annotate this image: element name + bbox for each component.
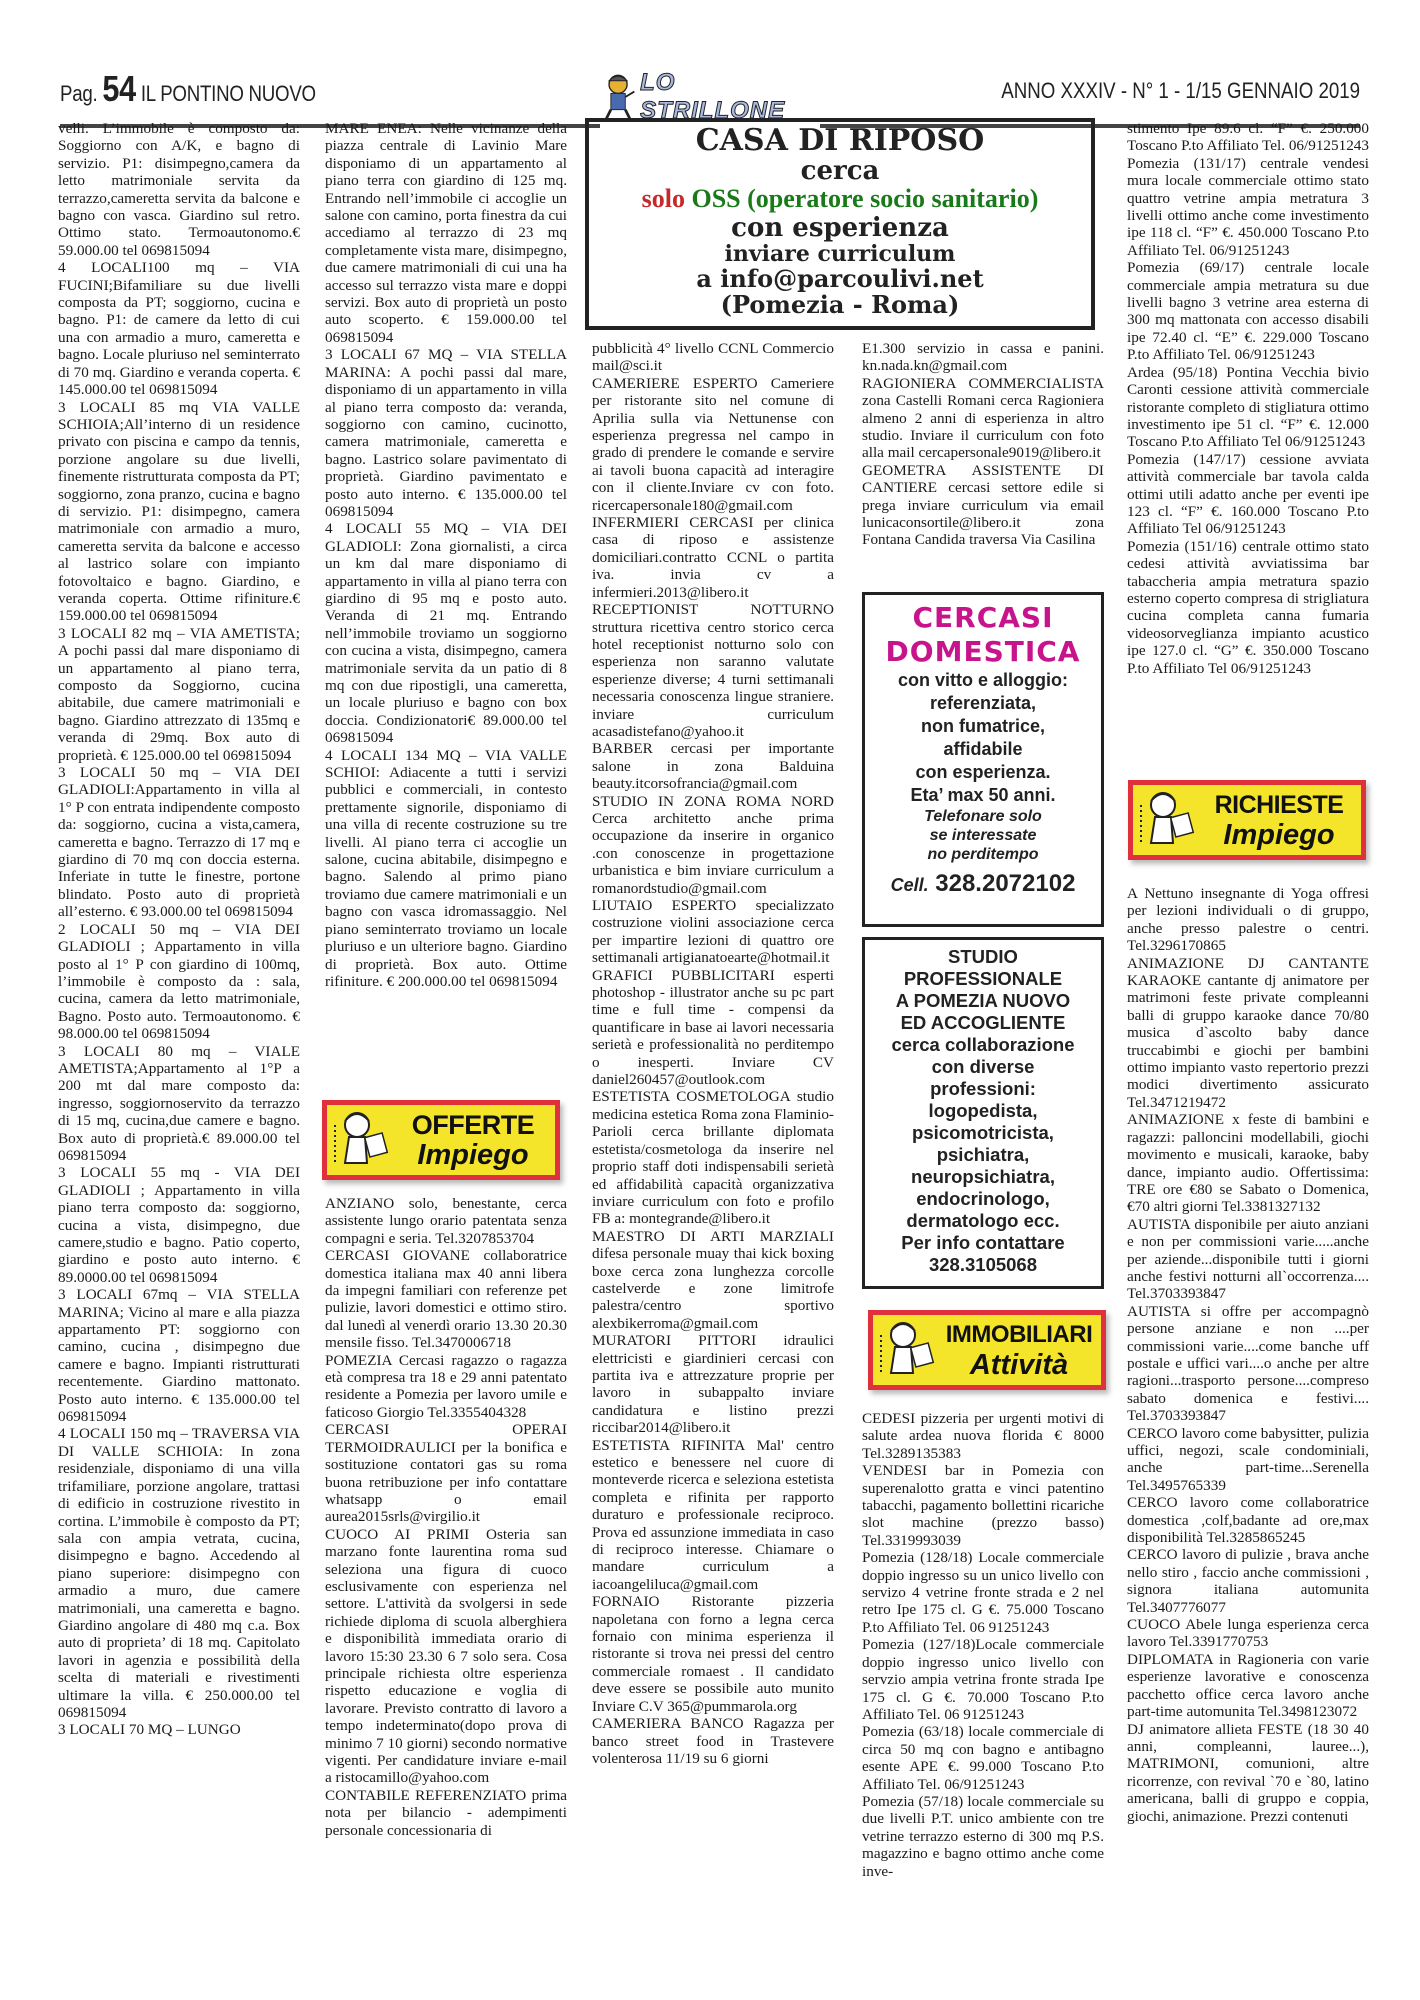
issue-info: ANNO XXXIV - N° 1 - 1/15 GENNAIO 2019 <box>1001 78 1360 104</box>
listing: CUOCO AI PRIMI Osteria san marzano fonte… <box>325 1526 567 1787</box>
listing: pubblicità 4° livello CCNL Commercio mai… <box>592 340 834 375</box>
listing: CONTABILE REFERENZIATO prima nota per bi… <box>325 1787 567 1839</box>
ad-note: Telefonare solo <box>865 807 1101 826</box>
column-4-business: CEDESI pizzeria per urgenti motivi di sa… <box>862 1410 1104 1880</box>
banner-title: IMMOBILIARI <box>937 1320 1101 1350</box>
newsboy-icon <box>1133 785 1197 855</box>
ad-green-text: OSS (operatore socio sanitario) <box>691 184 1038 213</box>
page-header: Pag. 54 IL PONTINO NUOVO LO STRILLONE AN… <box>60 60 1360 120</box>
column-2-job-offers: ANZIANO solo, benestante, cerca assisten… <box>325 1195 567 1839</box>
banner-title: RICHIESTE <box>1197 790 1361 820</box>
column-4-job-offers: E1.300 servizio in cassa e panini. kn.na… <box>862 340 1104 549</box>
listing: CERCO lavoro come babysitter, pulizia uf… <box>1127 1425 1369 1495</box>
listing: CERCO lavoro di pulizie , brava anche ne… <box>1127 1546 1369 1616</box>
ad-red-text: solo <box>642 184 685 213</box>
banner-subtitle: Attività <box>937 1350 1101 1380</box>
listing: CEDESI pizzeria per urgenti motivi di sa… <box>862 1410 1104 1462</box>
listing: CERCASI GIOVANE collaboratrice domestica… <box>325 1247 567 1351</box>
cercasi-domestica-ad: CERCASI DOMESTICA con vitto e alloggio: … <box>862 592 1104 927</box>
ad-location: (Pomezia - Roma) <box>589 292 1091 318</box>
listing: 3 LOCALI 85 mq VIA VALLE SCHIOIA;All’int… <box>58 399 300 625</box>
immobiliari-attivita-banner: IMMOBILIARI Attività <box>868 1310 1106 1390</box>
ad-line: solo OSS (operatore socio sanitario) <box>589 184 1091 214</box>
column-5-business: stimento Ipe 89.6 cl. “F” €. 250.000 Tos… <box>1127 120 1369 677</box>
ad-line: logopedista, <box>865 1100 1101 1122</box>
ad-line: ED ACCOGLIENTE <box>865 1012 1101 1034</box>
listing: GEOMETRA ASSISTENTE DI CANTIERE cercasi … <box>862 462 1104 549</box>
newsboy-icon <box>600 69 636 125</box>
listing: MARE ENEA: Nelle vicinanze della piazza … <box>325 120 567 346</box>
listing: CERCO lavoro come collaboratrice domesti… <box>1127 1494 1369 1546</box>
publication-name: IL PONTINO NUOVO <box>141 81 316 106</box>
ad-line: endocrinologo, <box>865 1188 1101 1210</box>
ad-line: psichiatra, <box>865 1144 1101 1166</box>
listing: stimento Ipe 89.6 cl. “F” €. 250.000 Tos… <box>1127 120 1369 155</box>
newsboy-icon <box>327 1105 391 1175</box>
listing: BARBER cercasi per importante salone in … <box>592 740 834 792</box>
listing: ANZIANO solo, benestante, cerca assisten… <box>325 1195 567 1247</box>
page-label: Pag. 54 IL PONTINO NUOVO <box>60 68 316 110</box>
listing: 4 LOCALI 150 mq – TRAVERSA VIA DI VALLE … <box>58 1425 300 1721</box>
listing: Pomezia (151/16) centrale ottimo stato c… <box>1127 538 1369 677</box>
column-2-real-estate: MARE ENEA: Nelle vicinanze della piazza … <box>325 120 567 990</box>
ad-line: A POMEZIA NUOVO <box>865 990 1101 1012</box>
listing: 3 LOCALI 82 mq – VIA AMETISTA; A pochi p… <box>58 625 300 764</box>
listing: Pomezia (63/18) locale commerciale di ci… <box>862 1723 1104 1793</box>
newsboy-icon <box>873 1315 937 1385</box>
page-number: 54 <box>102 68 136 109</box>
listing: LIUTAIO ESPERTO specializzato costruzion… <box>592 897 834 967</box>
listing: ANIMAZIONE DJ CANTANTE KARAOKE cantante … <box>1127 955 1369 1112</box>
banner-subtitle: Impiego <box>1197 820 1361 850</box>
ad-line: Eta’ max 50 anni. <box>865 784 1101 807</box>
listing: Pomezia (147/17) cessione avviata attivi… <box>1127 451 1369 538</box>
listing: 4 LOCALI 134 MQ – VIA VALLE SCHIOI: Adia… <box>325 747 567 991</box>
cell-label: Cell. <box>891 875 929 895</box>
column-5-job-requests: A Nettuno insegnante di Yoga offresi per… <box>1127 885 1369 1825</box>
logo-text: LO STRILLONE <box>640 69 810 125</box>
listing: MURATORI PITTORI idraulici elettricisti … <box>592 1332 834 1436</box>
ad-line: referenziata, <box>865 692 1101 715</box>
listing: 2 LOCALI 50 mq – VIA DEI GLADIOLI ; Appa… <box>58 921 300 1043</box>
ad-title: CERCASI <box>865 601 1101 635</box>
listing: ESTETISTA COSMETOLOGA studio medicina es… <box>592 1088 834 1227</box>
listing: INFERMIERI CERCASI per clinica casa di r… <box>592 514 834 601</box>
listing: 3 LOCALI 70 MQ – LUNGO <box>58 1721 300 1738</box>
studio-professionale-ad: STUDIO PROFESSIONALE A POMEZIA NUOVO ED … <box>862 937 1104 1289</box>
listing: Pomezia (127/18)Locale commerciale doppi… <box>862 1636 1104 1723</box>
listing: 4 LOCALI 55 MQ – VIA DEI GLADIOLI: Zona … <box>325 520 567 746</box>
ad-phone[interactable]: 328.3105068 <box>865 1254 1101 1276</box>
ad-line: con diverse <box>865 1056 1101 1078</box>
listing: RAGIONIERA COMMERCIALISTA zona Castelli … <box>862 375 1104 462</box>
listing: AUTISTA si offre per accompagnò persone … <box>1127 1303 1369 1425</box>
listing: DJ animatore allieta FESTE (18 30 40 ann… <box>1127 1721 1369 1825</box>
listing: CERCASI OPERAI TERMOIDRAULICI per la bon… <box>325 1421 567 1525</box>
ad-line: cerca <box>589 158 1091 184</box>
listing: ANIMAZIONE x feste di bambini e ragazzi:… <box>1127 1111 1369 1215</box>
ad-line: psicomotricista, <box>865 1122 1101 1144</box>
listing: 3 LOCALI 55 mq - VIA DEI GLADIOLI ; Appa… <box>58 1164 300 1286</box>
listing: GRAFICI PUBBLICITARI esperti photoshop -… <box>592 967 834 1089</box>
banner-title: OFFERTE <box>391 1110 555 1140</box>
richieste-impiego-banner: RICHIESTE Impiego <box>1128 780 1366 860</box>
ad-line: con esperienza. <box>865 761 1101 784</box>
page-prefix: Pag. <box>60 81 97 106</box>
listing: CAMERIERA BANCO Ragazza per banco street… <box>592 1715 834 1767</box>
listing: MAESTRO DI ARTI MARZIALI difesa personal… <box>592 1228 834 1332</box>
ad-title: DOMESTICA <box>865 635 1101 669</box>
listing: AUTISTA disponibile per aiuto anziani e … <box>1127 1216 1369 1303</box>
column-3-job-offers: pubblicità 4° livello CCNL Commercio mai… <box>592 340 834 1767</box>
ad-phone: Cell. 328.2072102 <box>865 864 1101 905</box>
listing: FORNAIO Ristorante pizzeria napoletana c… <box>592 1593 834 1715</box>
ad-line: affidabile <box>865 738 1101 761</box>
listing: RECEPTIONIST NOTTURNO struttura ricettiv… <box>592 601 834 740</box>
ad-line: professioni: <box>865 1078 1101 1100</box>
listing: 3 LOCALI 50 mq – VIA DEI GLADIOLI:Appart… <box>58 764 300 921</box>
ad-line: cerca collaborazione <box>865 1034 1101 1056</box>
listing: STUDIO IN ZONA ROMA NORD Cerca architett… <box>592 793 834 897</box>
listing: Pomezia (131/17) centrale vendesi mura l… <box>1127 155 1369 259</box>
casa-di-riposo-ad: CASA DI RIPOSO cerca solo OSS (operatore… <box>585 118 1095 330</box>
column-1-real-estate: velli. L’immobile è composto da: Soggior… <box>58 120 300 1739</box>
ad-line: inviare curriculum <box>589 242 1091 266</box>
ad-title: CASA DI RIPOSO <box>589 124 1091 158</box>
offerte-impiego-banner: OFFERTE Impiego <box>322 1100 560 1180</box>
listing: POMEZIA Cercasi ragazzo o ragazza età co… <box>325 1352 567 1422</box>
listing: E1.300 servizio in cassa e panini. kn.na… <box>862 340 1104 375</box>
ad-line: neuropsichiatra, <box>865 1166 1101 1188</box>
ad-line: con esperienza <box>589 214 1091 242</box>
listing: Pomezia (128/18) Locale commerciale dopp… <box>862 1549 1104 1636</box>
listing: Pomezia (57/18) locale commerciale su du… <box>862 1793 1104 1880</box>
ad-line: dermatologo ecc. <box>865 1210 1101 1232</box>
listing: Ardea (95/18) Pontina Vecchia bivio Caro… <box>1127 364 1369 451</box>
listing: velli. L’immobile è composto da: Soggior… <box>58 120 300 259</box>
listing: 4 LOCALI100 mq – VIA FUCINI;Bifamiliare … <box>58 259 300 398</box>
listing: CAMERIERE ESPERTO Cameriere per ristoran… <box>592 375 834 514</box>
ad-line: non fumatrice, <box>865 715 1101 738</box>
listing: Pomezia (69/17) centrale locale commerci… <box>1127 259 1369 363</box>
ad-note: no perditempo <box>865 845 1101 864</box>
ad-line: PROFESSIONALE <box>865 968 1101 990</box>
listing: VENDESI bar in Pomezia con superenalotto… <box>862 1462 1104 1549</box>
listing: DIPLOMATA in Ragioneria con varie esperi… <box>1127 1651 1369 1721</box>
ad-note: se interessate <box>865 826 1101 845</box>
listing: CUOCO Abele lunga esperienza cerca lavor… <box>1127 1616 1369 1651</box>
ad-email[interactable]: a info@parcoulivi.net <box>589 266 1091 292</box>
listing: ESTETISTA RIFINITA Mal' centro estetico … <box>592 1437 834 1594</box>
listing: 3 LOCALI 80 mq – VIALE AMETISTA;Appartam… <box>58 1043 300 1165</box>
ad-line: STUDIO <box>865 946 1101 968</box>
listing: 3 LOCALI 67 MQ – VIA STELLA MARINA: A po… <box>325 346 567 520</box>
ad-line: Per info contattare <box>865 1232 1101 1254</box>
listing: 3 LOCALI 67mq – VIA STELLA MARINA; Vicin… <box>58 1286 300 1425</box>
cell-number[interactable]: 328.2072102 <box>935 870 1075 897</box>
listing: A Nettuno insegnante di Yoga offresi per… <box>1127 885 1369 955</box>
ad-line: con vitto e alloggio: <box>865 669 1101 692</box>
banner-subtitle: Impiego <box>391 1140 555 1170</box>
